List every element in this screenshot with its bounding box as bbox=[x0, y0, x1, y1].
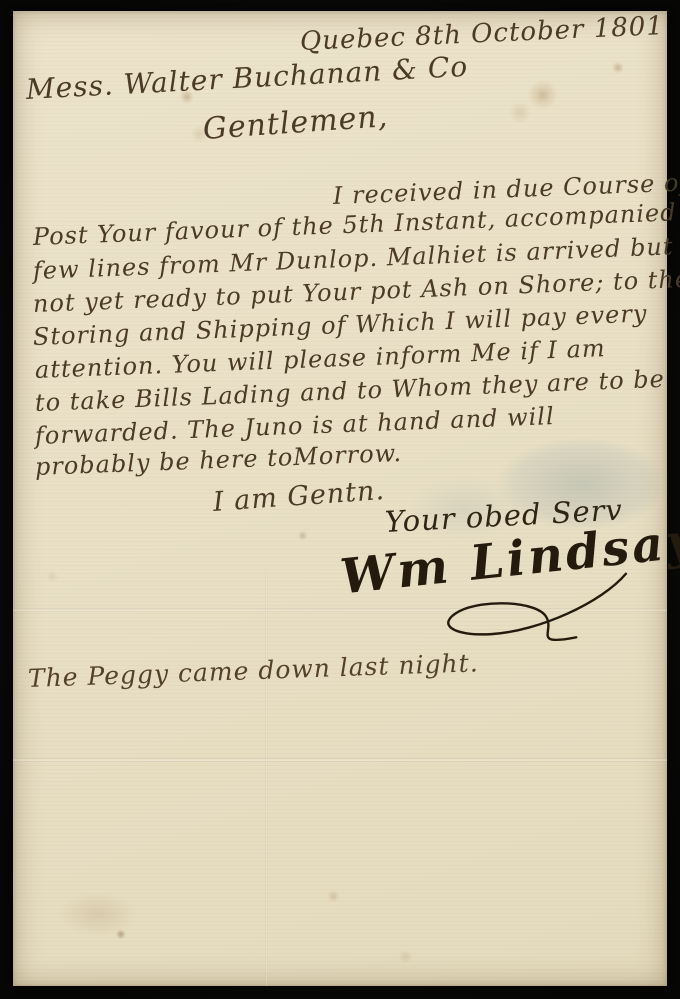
dateline: Quebec 8th October 1801 bbox=[299, 11, 664, 57]
letter-paper: Quebec 8th October 1801 Mess. Walter Buc… bbox=[13, 11, 667, 986]
horizontal-fold-crease bbox=[13, 758, 667, 762]
closing-phrase: I am Gentn. bbox=[212, 475, 386, 518]
recipient-line: Mess. Walter Buchanan & Co bbox=[25, 50, 469, 106]
postscript: The Peggy came down last night. bbox=[27, 648, 479, 693]
photo-background: Quebec 8th October 1801 Mess. Walter Buc… bbox=[0, 0, 680, 999]
vertical-fold-crease bbox=[265, 571, 268, 986]
salutation: Gentlemen, bbox=[202, 99, 390, 147]
signature-block: Wm Lindsay bbox=[330, 514, 671, 668]
